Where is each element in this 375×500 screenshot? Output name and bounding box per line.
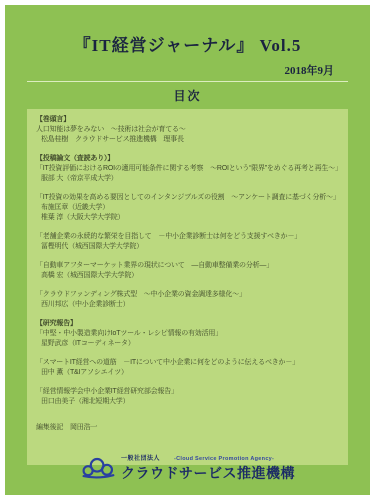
toc-panel: 【巻頭言】人口知能は夢をみない ～技術は社会が育てる～松島桂樹 クラウドサービス… xyxy=(27,109,348,465)
toc-entry-author: 冨樫明代（城西国際大学大学院） xyxy=(36,242,339,252)
toc-entry-author: 服部 大（帝京平成大学） xyxy=(36,174,339,184)
toc-entry-author: 星野武彦（ITコーディネータ） xyxy=(36,339,339,349)
toc-entry-title: 人口知能は夢をみない ～技術は社会が育てる～ xyxy=(36,125,339,135)
toc-block: 【投稿論文（査読あり）】「IT投資評価におけるROIの適用可能条件に関する考察 … xyxy=(36,154,339,184)
toc-entry-author: 田口由美子（湘北短期大学） xyxy=(36,397,339,407)
publisher-text: 一般社団法人 -Cloud Service Promotion Agency- … xyxy=(121,453,295,483)
journal-title: 『IT経営ジャーナル』 Vol.5 xyxy=(5,31,370,56)
toc-entry-author: 椎葉 淳（大阪大学大学院） xyxy=(36,213,339,223)
toc-entry-title: 「中堅・中小製造業向けIoTツール・レシピ情報の有効活用」 xyxy=(36,329,339,339)
cspa-cloud-logo-icon xyxy=(80,456,116,480)
toc-block: 「自動車アフターマーケット業界の現状について ―自動車整備業の分析―」高橋 宏（… xyxy=(36,261,339,281)
toc-entry-title: 「クラウドファンディング株式型 ～中小企業の資金調達多様化～」 xyxy=(36,290,339,300)
toc-entry-title: 「IT投資評価におけるROIの適用可能条件に関する考察 ～ROIという“限界”を… xyxy=(36,164,339,174)
toc-entry-author: 西川邦広（中小企業診断士） xyxy=(36,300,339,310)
publisher-footer: 一般社団法人 -Cloud Service Promotion Agency- … xyxy=(5,453,370,483)
toc-entry-author: 布施匡章（近畿大学） xyxy=(36,203,339,213)
toc-entry-title: 「経営情報学会中小企業IT経営研究部会報告」 xyxy=(36,387,339,397)
org-name-english: -Cloud Service Promotion Agency- xyxy=(174,456,274,462)
org-type-label: 一般社団法人 xyxy=(121,453,160,462)
toc-block: 「スマートIT経営への道筋 －ITについて中小企業に何をどのように伝えるべきか－… xyxy=(36,358,339,378)
toc-block: 「IT投資の効果を高める要因としてのインタンジブルズの役割 ～アンケート調査に基… xyxy=(36,193,339,223)
toc-entry-title: 「自動車アフターマーケット業界の現状について ―自動車整備業の分析―」 xyxy=(36,261,339,271)
divider-line xyxy=(27,81,348,82)
toc-section-heading: 【研究報告】 xyxy=(36,319,339,329)
toc-block: 「老舗企業の永続的な繁栄を目指して －中小企業診断士は何をどう支援すべきか－」冨… xyxy=(36,232,339,252)
book-cover: 『IT経営ジャーナル』 Vol.5 2018年9月 目次 【巻頭言】人口知能は夢… xyxy=(0,0,375,500)
toc-section-heading: 【投稿論文（査読あり）】 xyxy=(36,154,339,164)
publisher-top-line: 一般社団法人 -Cloud Service Promotion Agency- xyxy=(121,453,295,462)
toc-heading: 目次 xyxy=(5,87,370,104)
toc-entry-title: 「スマートIT経営への道筋 －ITについて中小企業に何をどのように伝えるべきか－… xyxy=(36,358,339,368)
toc-entry-author: 田中 薫（T&Iアソシエイツ） xyxy=(36,368,339,378)
cover-background: 『IT経営ジャーナル』 Vol.5 2018年9月 目次 【巻頭言】人口知能は夢… xyxy=(5,5,370,495)
toc-entry-author: 高橋 宏（城西国際大学大学院） xyxy=(36,271,339,281)
toc-block: 「クラウドファンディング株式型 ～中小企業の資金調達多様化～」西川邦広（中小企業… xyxy=(36,290,339,310)
toc-block: 「経営情報学会中小企業IT経営研究部会報告」田口由美子（湘北短期大学） xyxy=(36,387,339,407)
org-name: クラウドサービス推進機構 xyxy=(121,463,295,483)
toc-list: 【巻頭言】人口知能は夢をみない ～技術は社会が育てる～松島桂樹 クラウドサービス… xyxy=(36,115,339,407)
toc-section-heading: 【巻頭言】 xyxy=(36,115,339,125)
toc-block: 【巻頭言】人口知能は夢をみない ～技術は社会が育てる～松島桂樹 クラウドサービス… xyxy=(36,115,339,145)
toc-entry-title: 「老舗企業の永続的な繁栄を目指して －中小企業診断士は何をどう支援すべきか－」 xyxy=(36,232,339,242)
toc-entry-author: 松島桂樹 クラウドサービス推進機構 理事長 xyxy=(36,135,339,145)
toc-entry-title: 「IT投資の効果を高める要因としてのインタンジブルズの役割 ～アンケート調査に基… xyxy=(36,193,339,203)
issue-date: 2018年9月 xyxy=(5,62,334,78)
editors-postscript: 編集後記 岡田浩一 xyxy=(36,423,339,433)
toc-block: 【研究報告】「中堅・中小製造業向けIoTツール・レシピ情報の有効活用」星野武彦（… xyxy=(36,319,339,349)
